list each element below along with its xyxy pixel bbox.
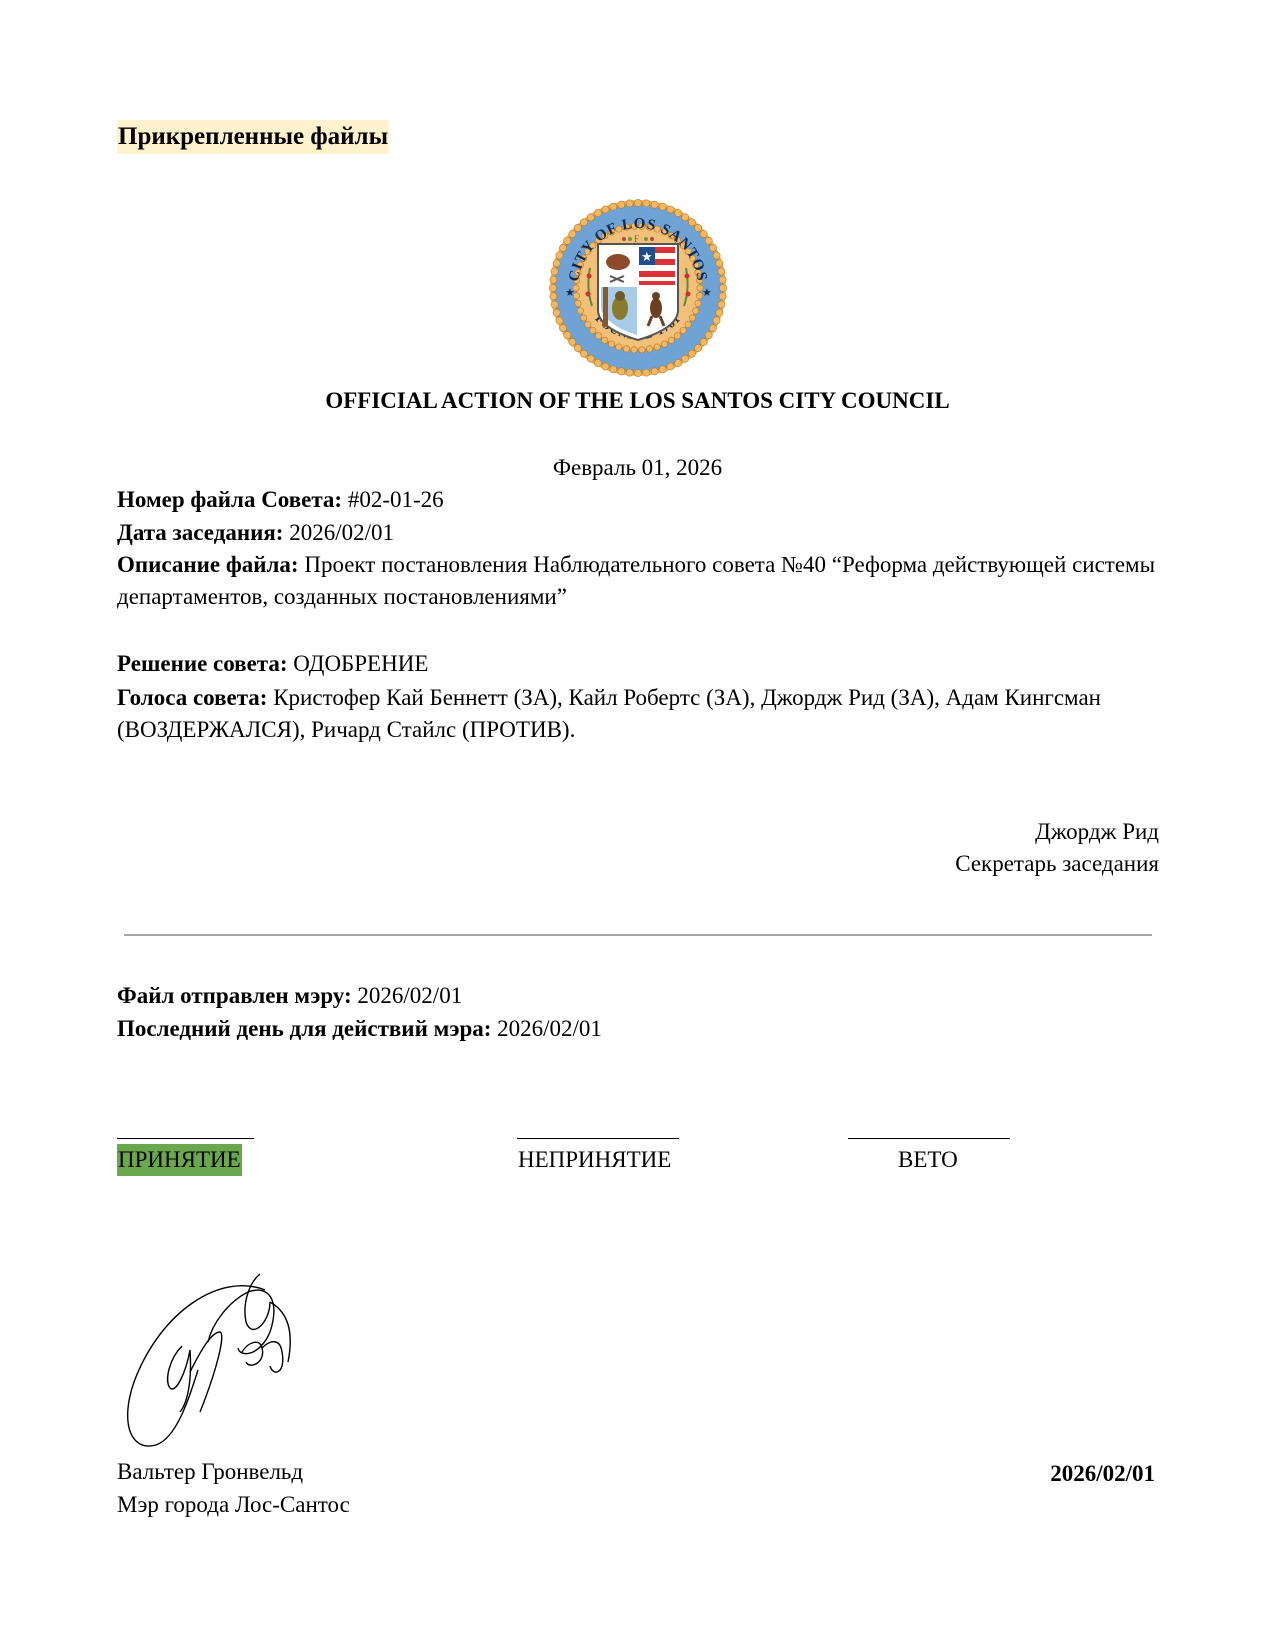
option-reject[interactable]: НЕПРИНЯТИЕ xyxy=(518,1144,671,1176)
option-accept[interactable]: ПРИНЯТИЕ xyxy=(117,1144,242,1176)
description-label: Описание файла: xyxy=(117,552,299,577)
city-seal-logo: CITY OF LOS SANTOS FOUNDED 1781 ★ ★ ★ F xyxy=(548,198,728,378)
svg-text:★: ★ xyxy=(565,287,575,299)
document-date: Февраль 01, 2026 xyxy=(0,452,1275,484)
veto-blank xyxy=(848,1138,1010,1139)
secretary-name: Джордж Рид xyxy=(955,816,1159,848)
sent-to-mayor-row: Файл отправлен мэру: 2026/02/01 xyxy=(117,980,462,1012)
reject-blank xyxy=(517,1138,679,1139)
deadline-label: Последний день для действий мэра: xyxy=(117,1016,491,1041)
mayor-deadline-row: Последний день для действий мэра: 2026/0… xyxy=(117,1013,602,1045)
svg-text:★: ★ xyxy=(641,249,653,264)
votes-label: Голоса совета: xyxy=(117,685,267,710)
mayor-sign-date: 2026/02/01 xyxy=(1050,1458,1155,1490)
option-veto[interactable]: ВЕТО xyxy=(898,1144,958,1176)
meeting-date-row: Дата заседания: 2026/02/01 xyxy=(117,517,394,549)
svg-text:★: ★ xyxy=(702,287,712,299)
file-number-value: #02-01-26 xyxy=(342,487,444,512)
mayor-name: Вальтер Гронвельд xyxy=(117,1456,303,1488)
deadline-value: 2026/02/01 xyxy=(491,1016,602,1041)
sent-label: Файл отправлен мэру: xyxy=(117,983,352,1008)
attachments-title: Прикрепленные файлы xyxy=(117,120,389,154)
mayor-signature xyxy=(120,1262,320,1452)
accept-blank xyxy=(117,1138,254,1139)
secretary-title: Секретарь заседания xyxy=(955,848,1159,880)
official-action-title: OFFICIAL ACTION OF THE LOS SANTOS CITY C… xyxy=(0,385,1275,417)
votes-row: Голоса совета: Кристофер Кай Беннетт (ЗА… xyxy=(117,682,1117,746)
section-divider xyxy=(124,934,1152,936)
sent-value: 2026/02/01 xyxy=(352,983,463,1008)
mayor-title: Мэр города Лос-Сантос xyxy=(117,1489,350,1521)
description-row: Описание файла: Проект постановления Наб… xyxy=(117,549,1167,613)
secretary-block: Джордж Рид Секретарь заседания xyxy=(955,816,1159,880)
decision-value: ОДОБРЕНИЕ xyxy=(288,651,429,676)
meeting-date-value: 2026/02/01 xyxy=(283,520,394,545)
svg-text:F: F xyxy=(634,234,639,244)
file-number-label: Номер файла Совета: xyxy=(117,487,342,512)
meeting-date-label: Дата заседания: xyxy=(117,520,283,545)
decision-label: Решение совета: xyxy=(117,651,288,676)
file-number-row: Номер файла Совета: #02-01-26 xyxy=(117,484,444,516)
decision-row: Решение совета: ОДОБРЕНИЕ xyxy=(117,648,428,680)
